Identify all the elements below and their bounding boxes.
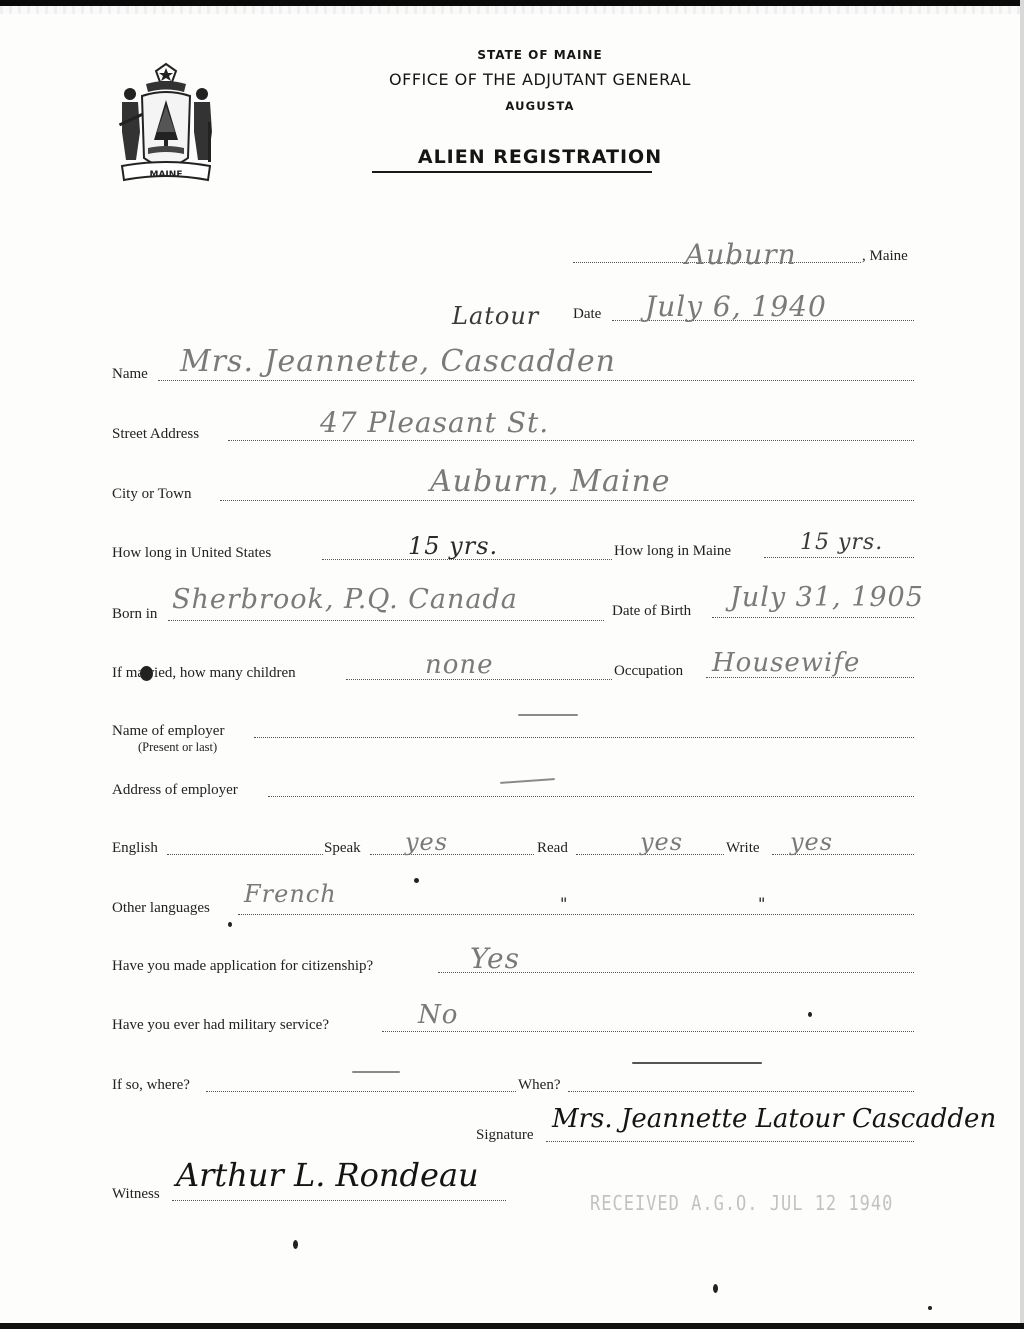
header-office: OFFICE OF THE ADJUTANT GENERAL: [330, 70, 750, 89]
military-service-label: Have you ever had military service?: [112, 1017, 329, 1034]
signature-label: Signature: [476, 1127, 534, 1144]
date-of-birth-label: Date of Birth: [612, 603, 691, 620]
english-write-label: Write: [726, 840, 760, 857]
city-field-line: [220, 500, 914, 501]
other-languages-ditto-2: ": [758, 894, 766, 913]
pencil-mark: [500, 778, 555, 784]
employer-name-sublabel: (Present or last): [138, 740, 217, 755]
occupation-value: Housewife: [712, 648, 860, 678]
military-service-field-line: [382, 1031, 914, 1032]
city-label: City or Town: [112, 486, 192, 503]
date-label: Date: [573, 306, 601, 323]
military-service-value: No: [418, 1000, 458, 1030]
how-long-us-value: 15 yrs.: [408, 532, 498, 560]
other-languages-ditto-1: ": [560, 894, 568, 913]
pencil-mark: [352, 1071, 400, 1073]
employer-address-label: Address of employer: [112, 782, 238, 799]
ink-speck: [713, 1284, 718, 1293]
place-suffix: , Maine: [862, 248, 908, 265]
date-margin-note: Latour: [452, 302, 539, 330]
english-speak-value: yes: [405, 828, 448, 856]
ink-speck: [414, 878, 419, 883]
how-long-maine-value: 15 yrs.: [800, 530, 883, 555]
employer-name-field-line: [254, 737, 914, 738]
date-value: July 6, 1940: [645, 290, 827, 323]
if-so-where-label: If so, where?: [112, 1077, 190, 1094]
header-state: STATE OF MAINE: [330, 48, 750, 62]
header-city: AUGUSTA: [330, 99, 750, 113]
street-address-field-line: [228, 440, 914, 441]
if-so-where-field-line: [206, 1091, 516, 1092]
signature-value: Mrs. Jeannette Latour Cascadden: [552, 1104, 996, 1134]
place-value: Auburn: [685, 238, 797, 271]
english-speak-field-line: [370, 854, 534, 855]
english-label: English: [112, 840, 158, 857]
english-read-value: yes: [640, 828, 683, 856]
witness-field-line: [172, 1200, 506, 1201]
date-of-birth-field-line: [712, 617, 914, 618]
ink-speck: [928, 1306, 932, 1310]
english-speak-label: Speak: [324, 840, 361, 857]
when-label: When?: [518, 1077, 560, 1094]
citizenship-value: Yes: [470, 942, 520, 975]
form-title: ALIEN REGISTRATION: [330, 146, 750, 168]
english-write-value: yes: [790, 828, 833, 856]
citizenship-label: Have you made application for citizenshi…: [112, 958, 373, 975]
title-underline: [372, 171, 652, 173]
ink-speck: [293, 1240, 298, 1249]
ink-speck: [808, 1012, 812, 1017]
witness-label: Witness: [112, 1186, 160, 1203]
children-value: none: [425, 650, 494, 680]
born-in-label: Born in: [112, 606, 157, 623]
name-value: Mrs. Jeannette, Cascadden: [180, 344, 616, 379]
occupation-label: Occupation: [614, 663, 683, 680]
received-stamp: RECEIVED A.G.O. JUL 12 1940: [590, 1192, 893, 1216]
how-long-maine-label: How long in Maine: [614, 543, 731, 560]
how-long-us-label: How long in United States: [112, 545, 271, 562]
how-long-maine-field-line: [764, 557, 914, 558]
city-value: Auburn, Maine: [430, 464, 671, 499]
employer-name-label: Name of employer: [112, 723, 224, 740]
scan-noise: [0, 6, 1024, 14]
signature-field-line: [546, 1141, 914, 1142]
other-languages-value: French: [244, 880, 337, 908]
pencil-mark: [518, 714, 578, 716]
other-languages-field-line: [238, 914, 914, 915]
english-field-line: [167, 854, 323, 855]
witness-value: Arthur L. Rondeau: [176, 1156, 479, 1194]
scan-bottom-edge: [0, 1323, 1024, 1329]
ink-speck: [228, 922, 232, 927]
english-read-label: Read: [537, 840, 568, 857]
svg-text:MAINE: MAINE: [150, 170, 183, 180]
scan-right-edge: [1020, 0, 1024, 1329]
pencil-mark: [632, 1062, 762, 1064]
state-of-maine-seal-icon: MAINE: [114, 62, 218, 186]
name-label: Name: [112, 366, 148, 383]
born-in-value: Sherbrook, P.Q. Canada: [172, 584, 518, 615]
name-field-line: [158, 380, 914, 381]
employer-address-field-line: [268, 796, 914, 797]
born-in-field-line: [168, 620, 604, 621]
other-languages-label: Other languages: [112, 900, 210, 917]
when-field-line: [568, 1091, 914, 1092]
date-of-birth-value: July 31, 1905: [730, 582, 924, 613]
street-address-value: 47 Pleasant St.: [320, 406, 549, 439]
ink-blot: [140, 666, 153, 681]
street-address-label: Street Address: [112, 426, 199, 443]
